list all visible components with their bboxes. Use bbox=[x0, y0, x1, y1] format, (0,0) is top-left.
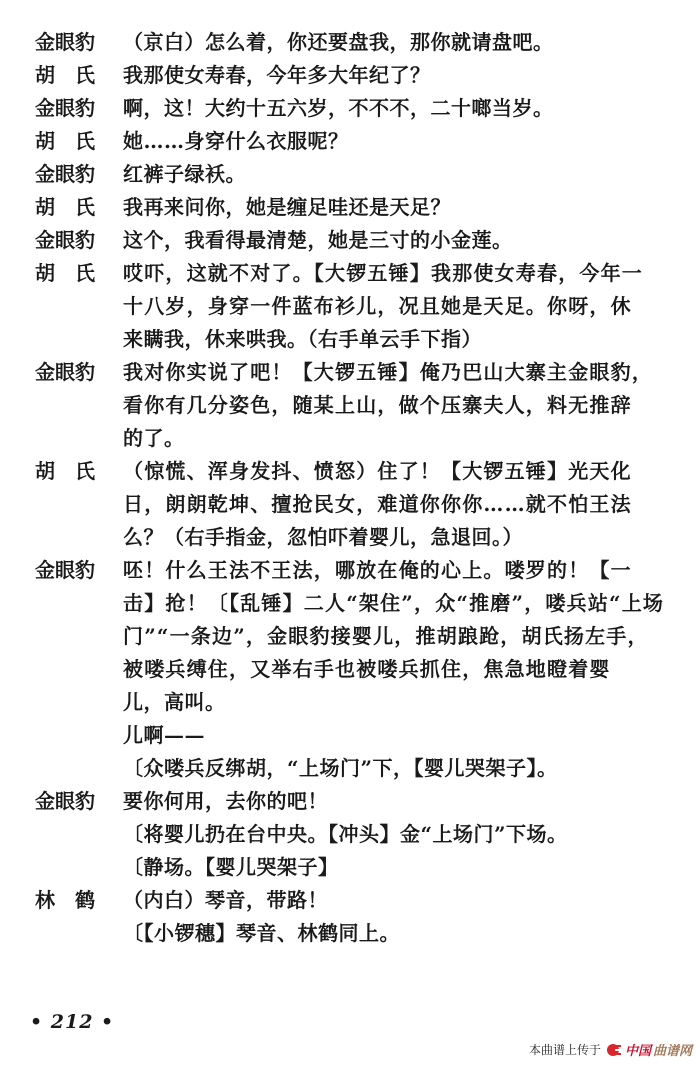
dialogue-entry: 金眼豹 啊，这！大约十五六岁，不不不，二十啷当岁。 bbox=[0, 92, 700, 125]
speaker-name: 金眼豹 bbox=[35, 92, 123, 125]
watermark-prefix: 本曲谱上传于 bbox=[529, 1041, 601, 1058]
speaker-name: 金眼豹 bbox=[35, 356, 123, 455]
dialogue-entry: 金眼豹 我对你实说了吧！【大锣五锤】俺乃巴山大寨主金眼豹， 看你有几分姿色，随某… bbox=[0, 356, 700, 455]
speaker-name: 金眼豹 bbox=[35, 158, 123, 191]
dialogue-entry: 金眼豹 要你何用，去你的吧！ 〔将婴儿扔在台中央。【冲头】金“上场门”下场。 〔… bbox=[0, 785, 700, 884]
dialogue-line: 我对你实说了吧！【大锣五锤】俺乃巴山大寨主金眼豹， bbox=[123, 356, 670, 389]
dialogue-entry: 胡 氏 我再来问你，她是缠足哇还是天足？ bbox=[0, 191, 700, 224]
dialogue-line: 要你何用，去你的吧！ bbox=[123, 785, 670, 818]
dialogue-entry: 林 鹤 （内白）琴音，带路！ 〔【小锣穗】琴音、林鹤同上。 bbox=[0, 884, 700, 950]
stage-direction-line: 〔众喽兵反绑胡，“上场门”下，【婴儿哭架子】。 bbox=[123, 752, 670, 785]
site-logo: 中国曲谱网 bbox=[607, 1040, 692, 1059]
dialogue-line: 十八岁，身穿一件蓝布衫儿，况且她是天足。你呀，休 bbox=[123, 290, 670, 323]
speaker-name: 金眼豹 bbox=[35, 785, 123, 884]
dialogue-line: 我那使女寿春，今年多大年纪了？ bbox=[123, 59, 670, 92]
stage-direction-line: 被喽兵缚住，又举右手也被喽兵抓住，焦急地瞪着婴 bbox=[123, 653, 670, 686]
brand-name-part1: 中国 bbox=[625, 1040, 651, 1059]
dialogue-line: （惊慌、浑身发抖、愤怒）住了！【大锣五锤】光天化 bbox=[123, 455, 670, 488]
stage-direction-line: 〔【小锣穗】琴音、林鹤同上。 bbox=[123, 917, 670, 950]
dialogue-line: 看你有几分姿色，随某上山，做个压寨夫人，料无推辞 bbox=[123, 389, 670, 422]
dialogue-line: 儿啊—— bbox=[123, 719, 670, 752]
dialogue-line: （京白）怎么着，你还要盘我，那你就请盘吧。 bbox=[123, 26, 670, 59]
dialogue-line: 这个，我看得最清楚，她是三寸的小金莲。 bbox=[123, 224, 670, 257]
dialogue-line: （内白）琴音，带路！ bbox=[123, 884, 670, 917]
speaker-name: 胡 氏 bbox=[35, 455, 123, 554]
dialogue-entry: 胡 氏 我那使女寿春，今年多大年纪了？ bbox=[0, 59, 700, 92]
music-score-logo-icon bbox=[607, 1043, 623, 1057]
stage-direction-line: 〔静场。【婴儿哭架子】 bbox=[123, 851, 670, 884]
speaker-name: 金眼豹 bbox=[35, 554, 123, 785]
dialogue-line: 呸！什么王法不王法，哪放在俺的心上。喽罗的！【一 bbox=[123, 554, 670, 587]
dialogue-line: 来瞒我，休来哄我。（右手单云手下指） bbox=[123, 323, 670, 356]
stage-direction-line: 门”“一条边”，金眼豹接婴儿，推胡踉跄，胡氏扬左手， bbox=[123, 620, 670, 653]
speaker-name: 林 鹤 bbox=[35, 884, 123, 950]
speaker-name: 胡 氏 bbox=[35, 125, 123, 158]
dialogue-entry: 金眼豹 这个，我看得最清楚，她是三寸的小金莲。 bbox=[0, 224, 700, 257]
dialogue-line: 么？（右手指金，忽怕吓着婴儿，急退回。） bbox=[123, 521, 670, 554]
dialogue-entry: 金眼豹 （京白）怎么着，你还要盘我，那你就请盘吧。 bbox=[0, 26, 700, 59]
speaker-name: 金眼豹 bbox=[35, 224, 123, 257]
speaker-name: 胡 氏 bbox=[35, 191, 123, 224]
page-number: • 212 • bbox=[30, 1011, 114, 1033]
dialogue-entry: 胡 氏 哎吓，这就不对了。【大锣五锤】我那使女寿春，今年一 十八岁，身穿一件蓝布… bbox=[0, 257, 700, 356]
stage-direction-line: 击】抢！〔【乱锤】二人“架住”，众“推磨”，喽兵站“上场 bbox=[123, 587, 670, 620]
stage-direction-line: 〔将婴儿扔在台中央。【冲头】金“上场门”下场。 bbox=[123, 818, 670, 851]
stage-direction-line: 儿，高叫。 bbox=[123, 686, 670, 719]
watermark: 本曲谱上传于 中国曲谱网 bbox=[529, 1040, 692, 1059]
dialogue-line: 我再来问你，她是缠足哇还是天足？ bbox=[123, 191, 670, 224]
speaker-name: 金眼豹 bbox=[35, 26, 123, 59]
dialogue-line: 红裤子绿袄。 bbox=[123, 158, 670, 191]
speaker-name: 胡 氏 bbox=[35, 59, 123, 92]
brand-name-part2: 曲谱网 bbox=[653, 1040, 692, 1059]
dialogue-entry: 胡 氏 她……身穿什么衣服呢？ bbox=[0, 125, 700, 158]
dialogue-entry: 金眼豹 呸！什么王法不王法，哪放在俺的心上。喽罗的！【一 击】抢！〔【乱锤】二人… bbox=[0, 554, 700, 785]
dialogue-line: 啊，这！大约十五六岁，不不不，二十啷当岁。 bbox=[123, 92, 670, 125]
script-page: 金眼豹 （京白）怎么着，你还要盘我，那你就请盘吧。 胡 氏 我那使女寿春，今年多… bbox=[0, 26, 700, 950]
dialogue-line: 日，朗朗乾坤、擅抢民女，难道你你你……就不怕王法 bbox=[123, 488, 670, 521]
dialogue-entry: 胡 氏 （惊慌、浑身发抖、愤怒）住了！【大锣五锤】光天化 日，朗朗乾坤、擅抢民女… bbox=[0, 455, 700, 554]
dialogue-line: 哎吓，这就不对了。【大锣五锤】我那使女寿春，今年一 bbox=[123, 257, 670, 290]
speaker-name: 胡 氏 bbox=[35, 257, 123, 356]
dialogue-line: 她……身穿什么衣服呢？ bbox=[123, 125, 670, 158]
dialogue-line: 的了。 bbox=[123, 422, 670, 455]
dialogue-entry: 金眼豹 红裤子绿袄。 bbox=[0, 158, 700, 191]
